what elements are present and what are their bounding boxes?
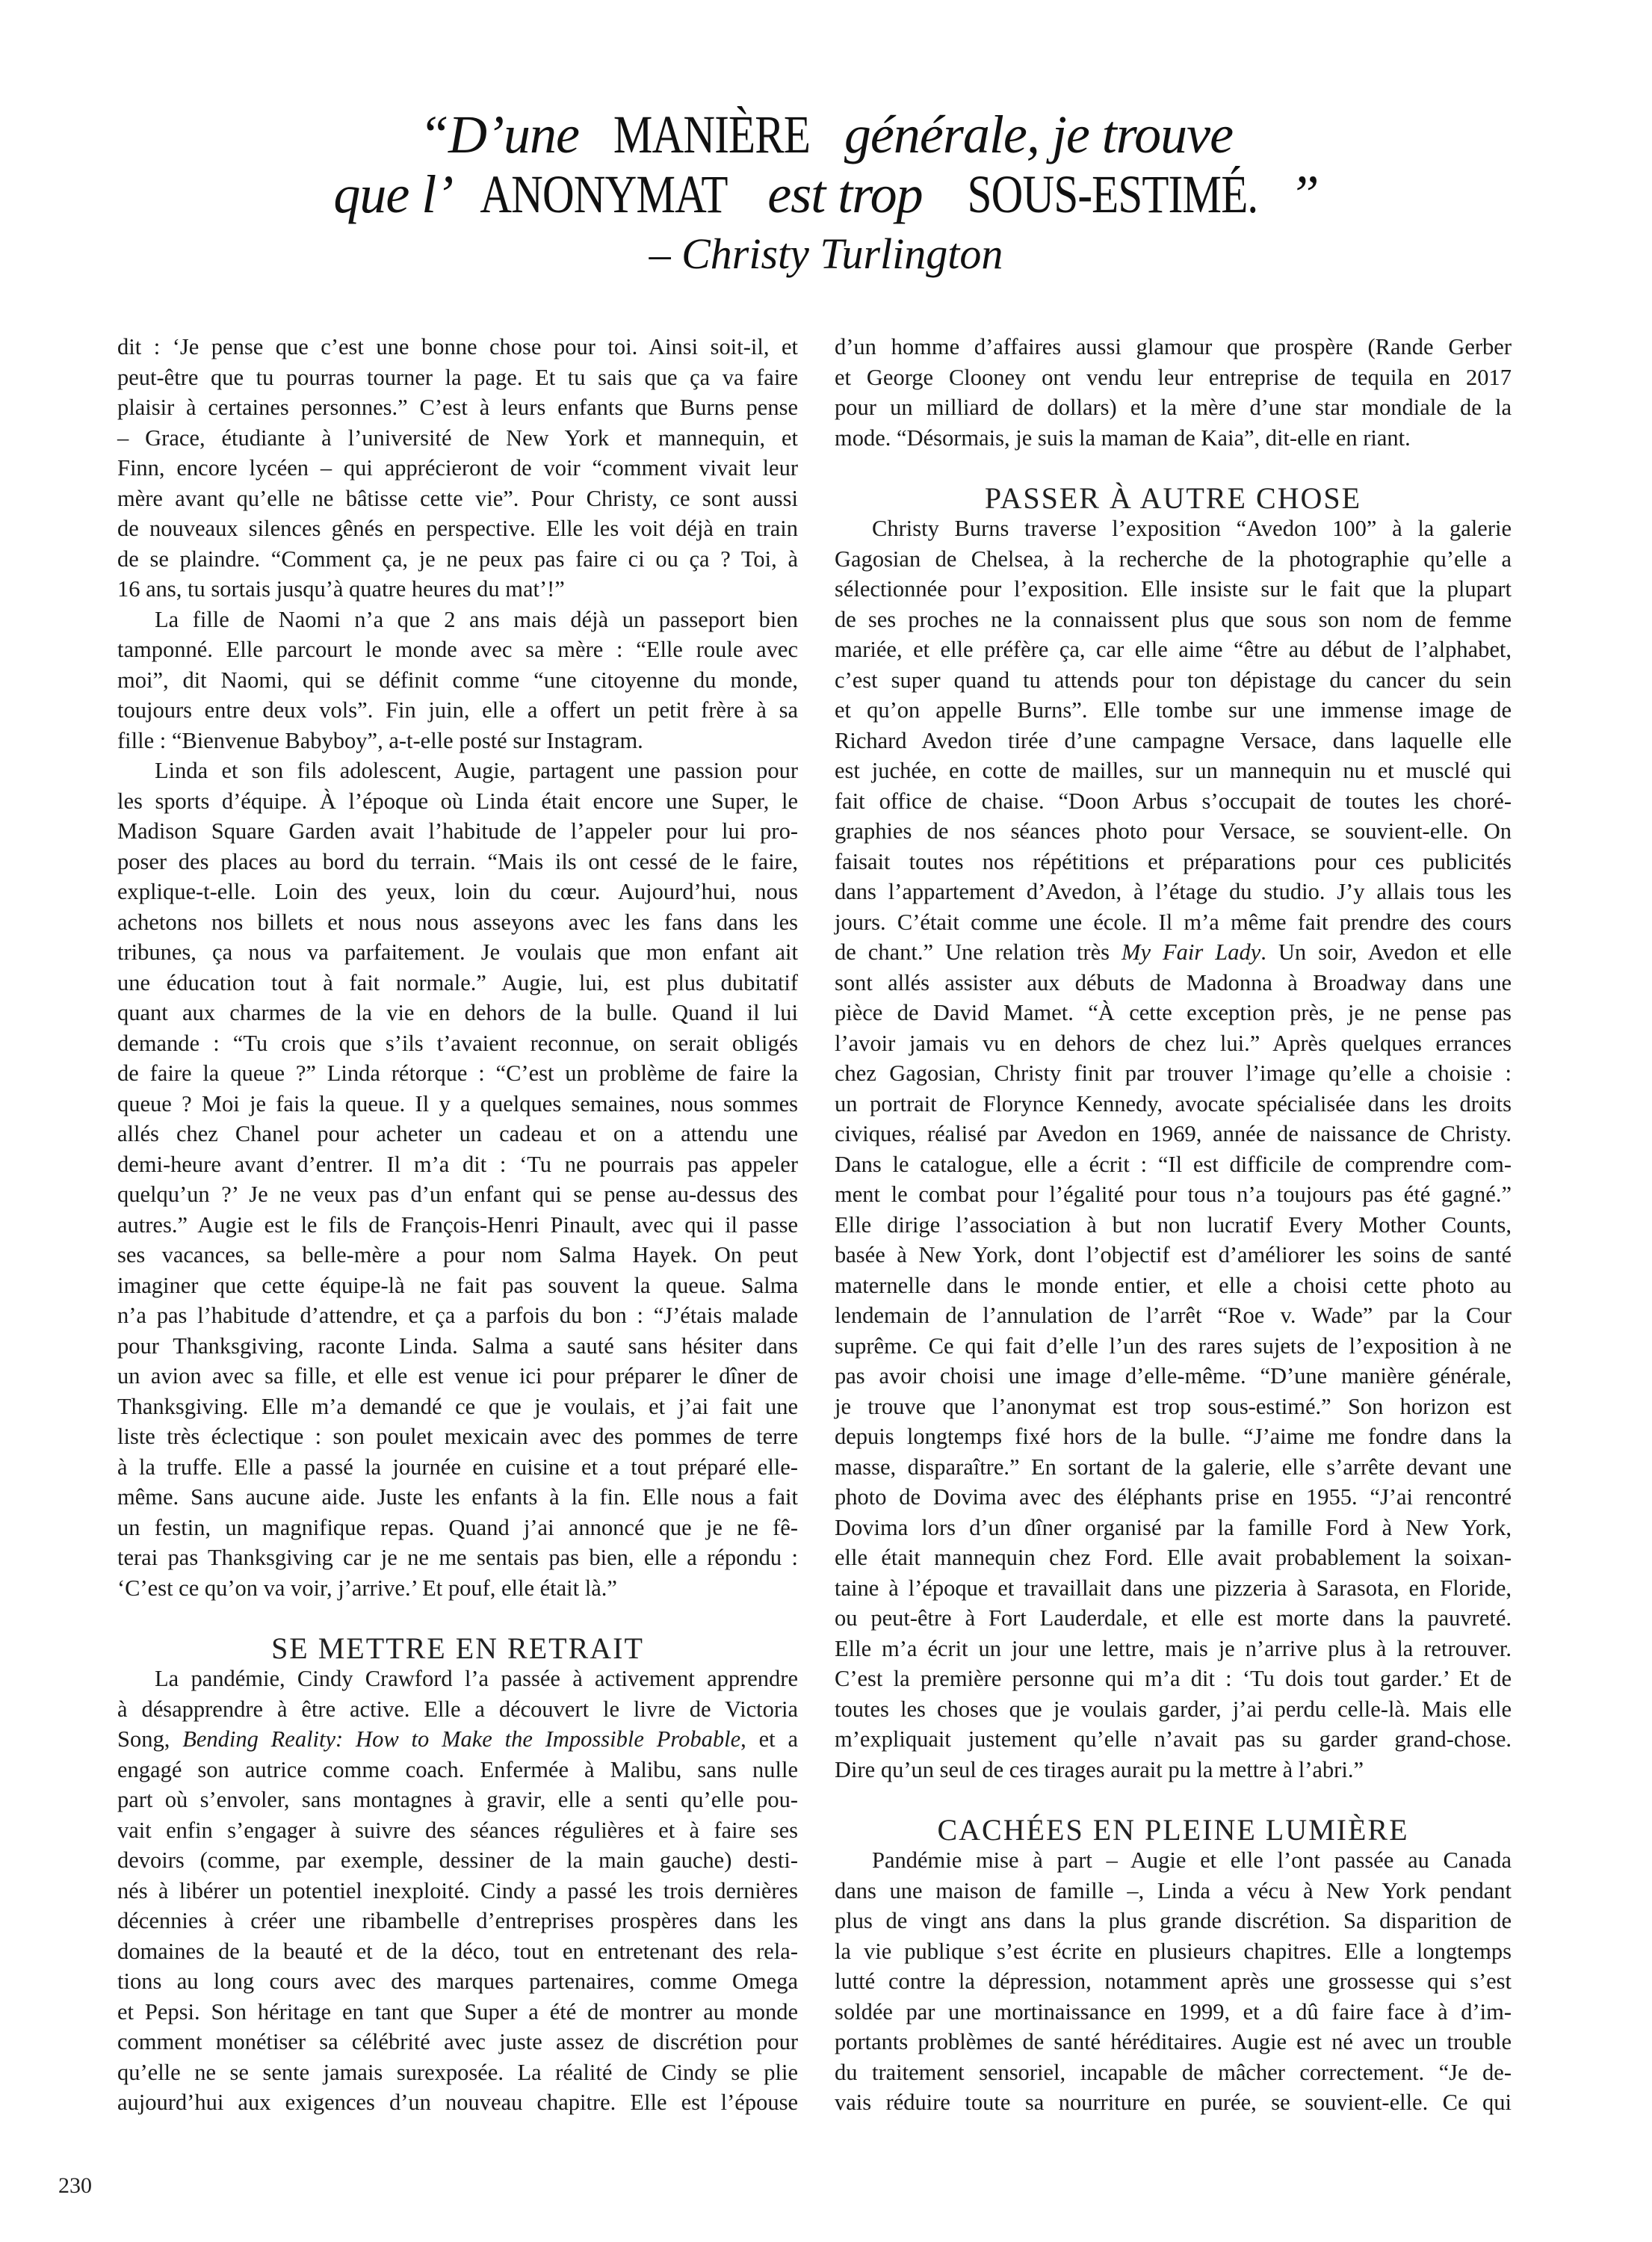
text-line: sont allés assister aux débuts de Madonn…	[835, 968, 1512, 998]
text-line: dans l’appartement d’Avedon, à l’étage d…	[835, 877, 1512, 907]
text-line: et qu’on appelle Burns”. Elle tombe sur …	[835, 695, 1512, 726]
section-spacer	[835, 1785, 1512, 1815]
text-line: fait office de chaise. “Doon Arbus s’occ…	[835, 786, 1512, 817]
text-line: est juchée, en cotte de mailles, sur un …	[835, 756, 1512, 786]
text-line: poser des places au bord du terrain. “Ma…	[117, 847, 798, 877]
text-line: vait enfin s’engager à suivre des séance…	[117, 1815, 798, 1846]
section-spacer	[117, 1603, 798, 1634]
paragraph-first-line: Linda et son fils adolescent, Augie, par…	[117, 756, 798, 786]
text-line: 16 ans, tu sortais jusqu’à quatre heures…	[117, 574, 798, 605]
text-line: tamponné. Elle parcourt le monde avec sa…	[117, 634, 798, 665]
text-line: explique-t-elle. Loin des yeux, loin du …	[117, 877, 798, 907]
text-line: basée à New York, dont l’objectif est d’…	[835, 1240, 1512, 1270]
text-line: vais réduire toute sa nourriture en puré…	[835, 2087, 1512, 2118]
text-line: plus de vingt ans dans la plus grande di…	[835, 1906, 1512, 1936]
paragraph-first-line: La pandémie, Cindy Crawford l’a passée à…	[117, 1664, 798, 1694]
pull-quote: “D’une MANIÈRE générale, je trouve que l…	[0, 105, 1652, 282]
text-line: un festin, un magnifique repas. Quand j’…	[117, 1513, 798, 1543]
text-line: même. Sans aucune aide. Juste les enfant…	[117, 1482, 798, 1513]
text-line: part où s’envoler, sans montagnes à grav…	[117, 1785, 798, 1815]
text-line: Gagosian de Chelsea, à la recherche de l…	[835, 544, 1512, 575]
text-line: Richard Avedon tirée d’une campagne Vers…	[835, 726, 1512, 756]
text-line: ‘C’est ce qu’on va voir, j’arrive.’ Et p…	[117, 1573, 798, 1604]
text-line: et Pepsi. Son héritage en tant que Super…	[117, 1997, 798, 2028]
paragraph-first-line: Christy Burns traverse l’exposition “Ave…	[835, 513, 1512, 544]
text-line: toujours entre deux vols”. Fin juin, ell…	[117, 695, 798, 726]
text-line: elle était mannequin chez Ford. Elle ava…	[835, 1542, 1512, 1573]
pull-quote-segment: est trop	[755, 164, 935, 224]
text-line: mariée, et elle préfère ça, car elle aim…	[835, 634, 1512, 665]
text-line: soldée par une mortinaissance en 1999, e…	[835, 1997, 1512, 2028]
text-line: les sports d’équipe. À l’époque où Linda…	[117, 786, 798, 817]
paragraph-first-line: Pandémie mise à part – Augie et elle l’o…	[835, 1845, 1512, 1876]
text-line: Elle m’a écrit un jour une lettre, mais …	[835, 1634, 1512, 1664]
text-line: chez Gagosian, Christy finit par trouver…	[835, 1058, 1512, 1089]
text-line: imaginer que cette équipe-là ne fait pas…	[117, 1270, 798, 1301]
text-line: taine à l’époque et travaillait dans une…	[835, 1573, 1512, 1604]
text-line: Finn, encore lycéen – qui apprécieront d…	[117, 453, 798, 484]
text-line: dit : ‘Je pense que c’est une bonne chos…	[117, 332, 798, 362]
text-line: pour Thanksgiving, raconte Linda. Salma …	[117, 1331, 798, 1362]
text-line: aujourd’hui aux exigences d’un nouveau c…	[117, 2087, 798, 2118]
text-line: tions au long cours avec des marques par…	[117, 1966, 798, 1997]
section-heading: CACHÉES EN PLEINE LUMIÈRE	[835, 1815, 1512, 1846]
text-line: – Grace, étudiante à l’université de New…	[117, 423, 798, 454]
pull-quote-segment: MANIÈRE	[613, 105, 810, 164]
text-line: Dovima lors d’un dîner organisé par la f…	[835, 1513, 1512, 1543]
text-line: décennies à créer une ribambelle d’entre…	[117, 1906, 798, 1936]
section-heading: PASSER À AUTRE CHOSE	[835, 484, 1512, 514]
text-line: à la truffe. Elle a passé la journée en …	[117, 1452, 798, 1483]
pull-quote-segment: “D’une	[419, 105, 592, 164]
text-line: ou peut-être à Fort Lauderdale, et elle …	[835, 1603, 1512, 1634]
text-line: à désapprendre à être active. Elle a déc…	[117, 1694, 798, 1725]
text-line: c’est super quand tu attends pour ton dé…	[835, 665, 1512, 696]
text-line: n’a pas l’habitude d’attendre, et ça a p…	[117, 1300, 798, 1331]
text-line: un avion avec sa fille, et elle est venu…	[117, 1361, 798, 1392]
text-line: de nouveaux silences gênés en perspectiv…	[117, 513, 798, 544]
text-line: demande : “Tu crois que s’ils t’avaient …	[117, 1028, 798, 1059]
pull-quote-author: – Christy Turlington	[0, 226, 1652, 282]
text-line: maternelle dans le monde entier, et elle…	[835, 1270, 1512, 1301]
text-line: Elle dirige l’association à but non lucr…	[835, 1210, 1512, 1241]
paragraph-first-line: La fille de Naomi n’a que 2 ans mais déj…	[117, 605, 798, 635]
pull-quote-line-1: “D’une MANIÈRE générale, je trouve	[0, 105, 1652, 164]
text-line: liste très éclectique : son poulet mexic…	[117, 1421, 798, 1452]
text-line: allés chez Chanel pour acheter un cadeau…	[117, 1119, 798, 1149]
text-line: lendemain de l’annulation de l’arrêt “Ro…	[835, 1300, 1512, 1331]
text-line: m’expliquait justement qu’elle n’avait p…	[835, 1724, 1512, 1755]
text-line: mode. “Désormais, je suis la maman de Ka…	[835, 423, 1512, 454]
pull-quote-segment: ANONYMAT	[480, 164, 728, 224]
text-line: civiques, réalisé par Avedon en 1969, an…	[835, 1119, 1512, 1149]
text-line: nés à libérer un potentiel inexploité. C…	[117, 1876, 798, 1906]
text-line: Thanksgiving. Elle m’a demandé ce que je…	[117, 1392, 798, 1422]
text-line: Dire qu’un seul de ces tirages aurait pu…	[835, 1755, 1512, 1785]
text-line: comment monétiser sa célébrité avec just…	[117, 2027, 798, 2057]
pull-quote-line-2: que l’ANONYMAT est trop SOUS-ESTIMÉ.”	[0, 164, 1652, 224]
text-line: du traitement sensoriel, incapable de mâ…	[835, 2057, 1512, 2088]
text-line: la vie publique s’est écrite en plusieur…	[835, 1936, 1512, 1967]
text-line: pas avoir choisi une image d’elle-même. …	[835, 1361, 1512, 1392]
pull-quote-segment: générale, je trouve	[832, 105, 1233, 164]
text-line: depuis longtemps fixé hors de la bulle. …	[835, 1421, 1512, 1452]
text-line: sélectionnée pour l’exposition. Elle ins…	[835, 574, 1512, 605]
text-line: fille : “Bienvenue Babyboy”, a-t-elle po…	[117, 726, 798, 756]
pull-quote-segment: ”	[1290, 164, 1319, 224]
text-line: queue ? Moi je fais la queue. Il y a que…	[117, 1089, 798, 1120]
text-line: moi”, dit Naomi, qui se définit comme “u…	[117, 665, 798, 696]
text-line: Madison Square Garden avait l’habitude d…	[117, 816, 798, 847]
text-line: faisait toutes nos répétitions et prépar…	[835, 847, 1512, 877]
text-line: domaines de la beauté et de la déco, tou…	[117, 1936, 798, 1967]
text-line: mère avant qu’elle ne bâtisse cette vie”…	[117, 484, 798, 514]
text-line: Song, Bending Reality: How to Make the I…	[117, 1724, 798, 1755]
article-column-left: dit : ‘Je pense que c’est une bonne chos…	[117, 332, 798, 2118]
text-line: engagé son autrice comme coach. Enfermée…	[117, 1755, 798, 1785]
text-line: une éducation tout à fait normale.” Augi…	[117, 968, 798, 998]
text-line: qu’elle ne se sente jamais surexposée. L…	[117, 2057, 798, 2088]
text-line: terai pas Thanksgiving car je ne me sent…	[117, 1542, 798, 1573]
text-line: C’est la première personne qui m’a dit :…	[835, 1664, 1512, 1694]
text-line: Dans le catalogue, elle a écrit : “Il es…	[835, 1149, 1512, 1180]
text-line: de faire la queue ?” Linda rétorque : “C…	[117, 1058, 798, 1089]
text-line: ses vacances, sa belle-mère a pour nom S…	[117, 1240, 798, 1270]
text-line: jours. C’était comme une école. Il m’a m…	[835, 907, 1512, 938]
text-line: un portrait de Florynce Kennedy, avocate…	[835, 1089, 1512, 1120]
text-line: quelqu’un ?’ Je ne veux pas d’un enfant …	[117, 1179, 798, 1210]
page-number: 230	[58, 2173, 92, 2199]
text-line: et George Clooney ont vendu leur entrepr…	[835, 362, 1512, 393]
text-line: l’avoir jamais vu en dehors de chez lui.…	[835, 1028, 1512, 1059]
text-line: pièce de David Mamet. “À cette exception…	[835, 998, 1512, 1028]
text-line: achetons nos billets et nous nous asseyo…	[117, 907, 798, 938]
text-line: je trouve que l’anonymat est trop sous-e…	[835, 1392, 1512, 1422]
article-column-right: d’un homme d’affaires aussi glamour que …	[835, 332, 1512, 2118]
text-line: pour un milliard de dollars) et la mère …	[835, 392, 1512, 423]
text-line: lutté contre la dépression, notamment ap…	[835, 1966, 1512, 1997]
pull-quote-segment: que l’	[333, 164, 453, 224]
text-line: graphies de nos séances photo pour Versa…	[835, 816, 1512, 847]
pull-quote-segment: SOUS-ESTIMÉ.	[967, 164, 1257, 224]
text-line: autres.” Augie est le fils de François-H…	[117, 1210, 798, 1241]
text-line: peut-être que tu pourras tourner la page…	[117, 362, 798, 393]
text-line: masse, disparaître.” En sortant de la ga…	[835, 1452, 1512, 1483]
text-line: photo de Dovima avec des éléphants prise…	[835, 1482, 1512, 1513]
text-line: devoirs (comme, par exemple, dessiner de…	[117, 1845, 798, 1876]
text-line: suprême. Ce qui fait d’elle l’un des rar…	[835, 1331, 1512, 1362]
text-line: de ses proches ne la connaissent plus qu…	[835, 605, 1512, 635]
section-heading: SE METTRE EN RETRAIT	[117, 1634, 798, 1664]
text-line: d’un homme d’affaires aussi glamour que …	[835, 332, 1512, 362]
text-line: de chant.” Une relation très My Fair Lad…	[835, 937, 1512, 968]
text-line: portants problèmes de santé héréditaires…	[835, 2027, 1512, 2057]
text-line: ment le combat pour l’égalité pour tous …	[835, 1179, 1512, 1210]
section-spacer	[835, 453, 1512, 484]
text-line: de se plaindre. “Comment ça, je ne peux …	[117, 544, 798, 575]
text-line: plaisir à certaines personnes.” C’est à …	[117, 392, 798, 423]
text-line: quant aux charmes de la vie en dehors de…	[117, 998, 798, 1028]
text-line: tribunes, ça nous va parfaitement. Je vo…	[117, 937, 798, 968]
text-line: toutes les choses que je voulais garder,…	[835, 1694, 1512, 1725]
text-line: demi-heure avant d’entrer. Il m’a dit : …	[117, 1149, 798, 1180]
text-line: dans une maison de famille –, Linda a vé…	[835, 1876, 1512, 1906]
